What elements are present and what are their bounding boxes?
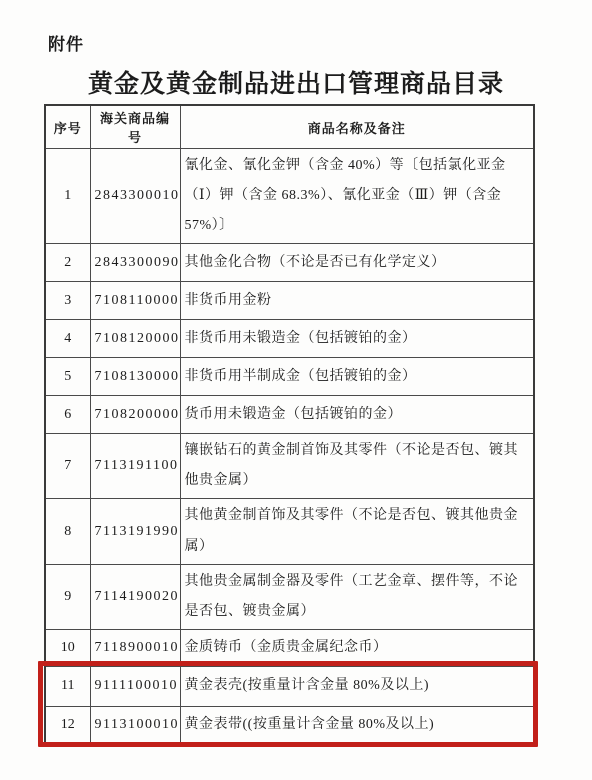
- cell-serial: 11: [45, 666, 90, 706]
- cell-name: 非货币用未锻造金（包括镀铂的金）: [180, 320, 534, 358]
- cell-name: 氰化金、氰化金钾（含金 40%）等〔包括氯化亚金（Ⅰ）钾（含金 68.3%）、氰…: [180, 149, 534, 244]
- cell-serial: 1: [45, 149, 90, 244]
- cell-name: 其他金化合物（不论是否已有化学定义）: [180, 244, 534, 282]
- cell-serial: 10: [45, 629, 90, 666]
- cell-serial: 2: [45, 244, 90, 282]
- header-commodity-name: 商品名称及备注: [180, 105, 534, 149]
- cell-hs-code: 2843300090: [90, 244, 180, 282]
- cell-name: 黄金表壳(按重量计含金量 80%及以上): [180, 666, 534, 706]
- cell-hs-code: 9111100010: [90, 666, 180, 706]
- cell-serial: 7: [45, 434, 90, 499]
- cell-hs-code: 7108200000: [90, 396, 180, 434]
- cell-hs-code: 7114190020: [90, 564, 180, 629]
- cell-serial: 12: [45, 706, 90, 743]
- table-row: 9 7114190020 其他贵金属制金器及零件（工艺金章、摆件等，不论是否包、…: [45, 564, 534, 629]
- cell-serial: 5: [45, 358, 90, 396]
- cell-name: 货币用未锻造金（包括镀铂的金）: [180, 396, 534, 434]
- cell-serial: 8: [45, 499, 90, 564]
- cell-serial: 6: [45, 396, 90, 434]
- cell-hs-code: 9113100010: [90, 706, 180, 743]
- table-row: 1 2843300010 氰化金、氰化金钾（含金 40%）等〔包括氯化亚金（Ⅰ）…: [45, 149, 534, 244]
- cell-name: 非货币用金粉: [180, 282, 534, 320]
- cell-hs-code: 7113191100: [90, 434, 180, 499]
- cell-serial: 3: [45, 282, 90, 320]
- table-row-highlighted: 12 9113100010 黄金表带((按重量计含金量 80%及以上): [45, 706, 534, 743]
- table-row: 2 2843300090 其他金化合物（不论是否已有化学定义）: [45, 244, 534, 282]
- table-row: 4 7108120000 非货币用未锻造金（包括镀铂的金）: [45, 320, 534, 358]
- cell-name: 其他贵金属制金器及零件（工艺金章、摆件等，不论是否包、镀贵金属）: [180, 564, 534, 629]
- cell-hs-code: 7113191990: [90, 499, 180, 564]
- cell-name: 非货币用半制成金（包括镀铂的金）: [180, 358, 534, 396]
- attachment-label: 附件: [48, 30, 84, 55]
- table-row: 10 7118900010 金质铸币（金质贵金属纪念币）: [45, 629, 534, 666]
- cell-hs-code: 2843300010: [90, 149, 180, 244]
- cell-name: 其他黄金制首饰及其零件（不论是否包、镀其他贵金属）: [180, 499, 534, 564]
- table-row: 6 7108200000 货币用未锻造金（包括镀铂的金）: [45, 396, 534, 434]
- cell-name: 金质铸币（金质贵金属纪念币）: [180, 629, 534, 666]
- table-row-highlighted: 11 9111100010 黄金表壳(按重量计含金量 80%及以上): [45, 666, 534, 706]
- scanned-document-page: 附件 黄金及黄金制品进出口管理商品目录 序号 海关商品编号 商品名称及备注 1 …: [0, 0, 592, 780]
- cell-serial: 9: [45, 564, 90, 629]
- cell-hs-code: 7108110000: [90, 282, 180, 320]
- document-title: 黄金及黄金制品进出口管理商品目录: [0, 64, 592, 100]
- header-hs-code: 海关商品编号: [90, 105, 180, 149]
- table-header-row: 序号 海关商品编号 商品名称及备注: [45, 105, 534, 149]
- table-row: 8 7113191990 其他黄金制首饰及其零件（不论是否包、镀其他贵金属）: [45, 499, 534, 564]
- commodity-catalog-table: 序号 海关商品编号 商品名称及备注 1 2843300010 氰化金、氰化金钾（…: [44, 104, 535, 744]
- cell-hs-code: 7108120000: [90, 320, 180, 358]
- cell-hs-code: 7118900010: [90, 629, 180, 666]
- cell-serial: 4: [45, 320, 90, 358]
- cell-name: 黄金表带((按重量计含金量 80%及以上): [180, 706, 534, 743]
- table-row: 7 7113191100 镶嵌钻石的黄金制首饰及其零件（不论是否包、镀其他贵金属…: [45, 434, 534, 499]
- header-serial-number: 序号: [45, 105, 90, 149]
- table-row: 3 7108110000 非货币用金粉: [45, 282, 534, 320]
- cell-name: 镶嵌钻石的黄金制首饰及其零件（不论是否包、镀其他贵金属）: [180, 434, 534, 499]
- cell-hs-code: 7108130000: [90, 358, 180, 396]
- table-row: 5 7108130000 非货币用半制成金（包括镀铂的金）: [45, 358, 534, 396]
